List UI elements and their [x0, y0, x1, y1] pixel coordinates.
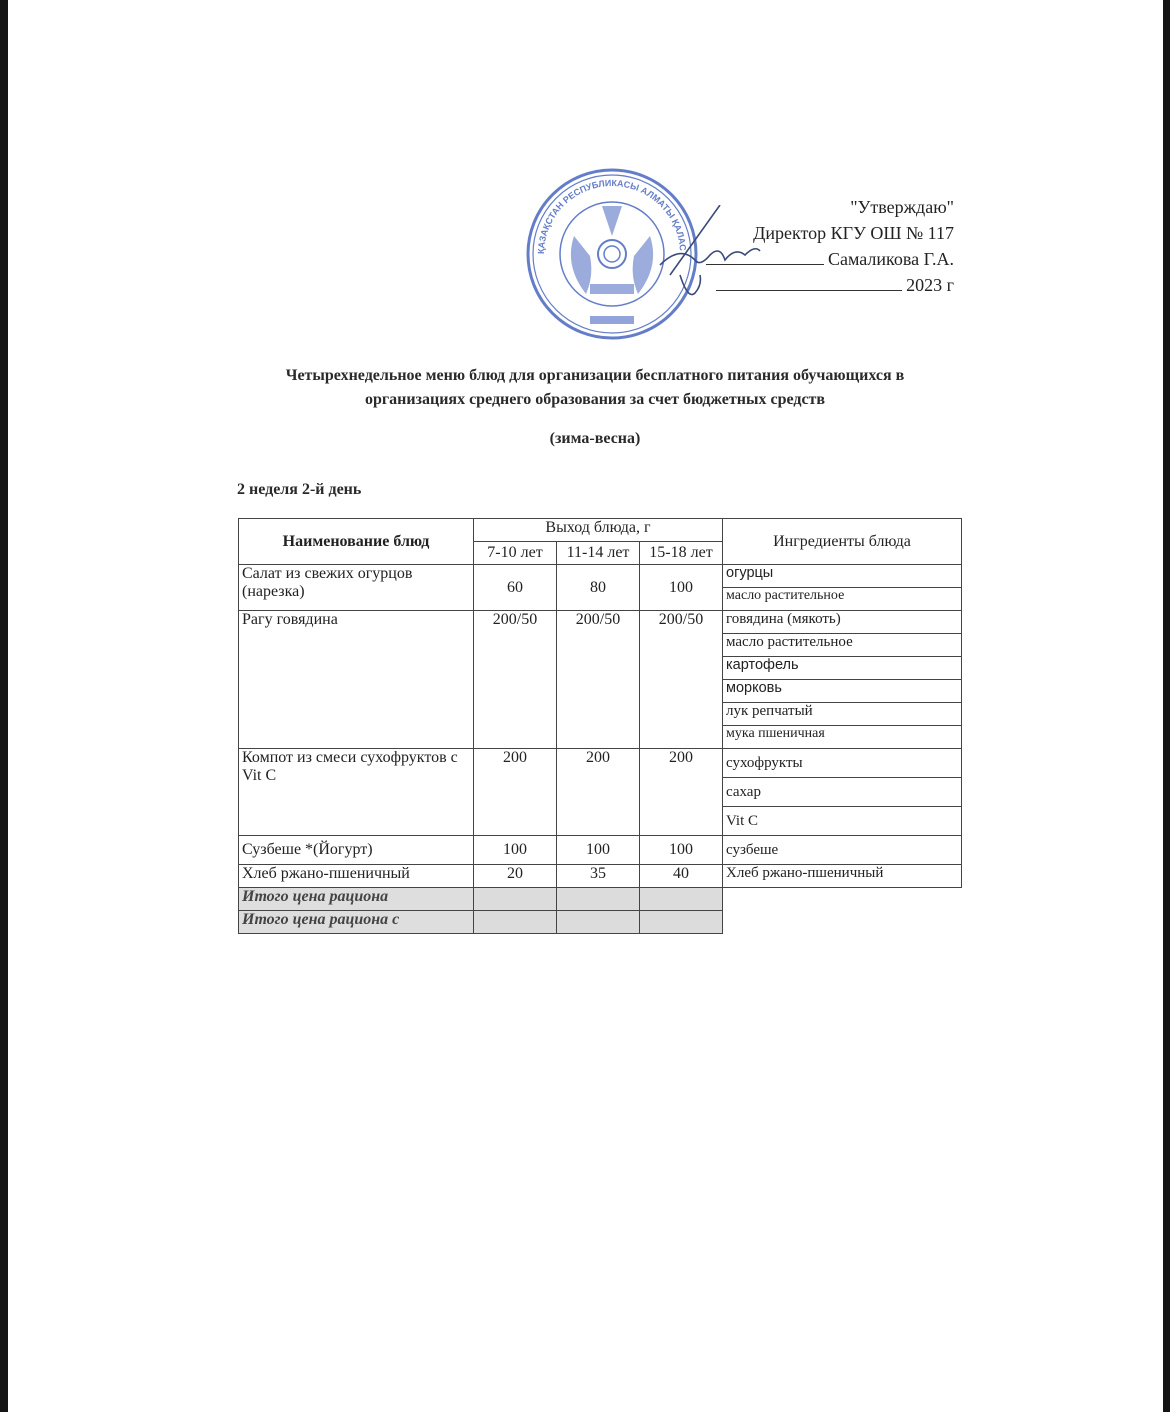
yield-7-10: 20 — [474, 865, 557, 888]
title-line-2: организациях среднего образования за сче… — [230, 388, 960, 412]
ingredient: сахар — [723, 778, 962, 807]
yield-15-18: 200/50 — [640, 611, 723, 749]
menu-table: Наименование блюд Выход блюда, г Ингреди… — [238, 518, 962, 934]
total-15-18 — [640, 888, 723, 911]
total-7-10 — [474, 911, 557, 934]
yield-11-14: 35 — [557, 865, 640, 888]
dish-name: Хлеб ржано-пшеничный — [239, 865, 474, 888]
document-title: Четырехнедельное меню блюд для организац… — [230, 364, 960, 412]
header-yield: Выход блюда, г — [474, 519, 723, 542]
yield-15-18: 40 — [640, 865, 723, 888]
dish-name: Салат из свежих огурцов (нарезка) — [239, 565, 474, 611]
yield-15-18: 100 — [640, 836, 723, 865]
ingredient: лук репчатый — [723, 703, 962, 726]
total-row: Итого цена рациона — [239, 888, 962, 911]
yield-7-10: 200 — [474, 749, 557, 836]
ingredient: Хлеб ржано-пшеничный — [723, 865, 962, 888]
day-label: 2 неделя 2-й день — [237, 481, 361, 499]
date-line — [716, 272, 902, 291]
header-ingredients: Ингредиенты блюда — [723, 519, 962, 565]
approval-date: 2023 г — [906, 275, 954, 295]
ingredient: картофель — [723, 657, 962, 680]
table-row: Компот из смеси сухофруктов с Vit C 200 … — [239, 749, 962, 778]
total-row: Итого цена рациона с — [239, 911, 962, 934]
yield-7-10: 100 — [474, 836, 557, 865]
total-label: Итого цена рациона с — [239, 911, 474, 934]
header-age-7-10: 7-10 лет — [474, 542, 557, 565]
yield-15-18: 200 — [640, 749, 723, 836]
approval-block: "Утверждаю" Директор КГУ ОШ № 117 Самали… — [706, 194, 954, 298]
approval-position: Директор КГУ ОШ № 117 — [706, 220, 954, 246]
total-15-18 — [640, 911, 723, 934]
ingredient: масло растительное — [723, 634, 962, 657]
header-dish-name: Наименование блюд — [239, 519, 474, 565]
ingredient: Vit C — [723, 807, 962, 836]
table-row: Сузбеше *(Йогурт) 100 100 100 сузбеше — [239, 836, 962, 865]
table-row: Салат из свежих огурцов (нарезка) 60 80 … — [239, 565, 962, 588]
table-row: Рагу говядина 200/50 200/50 200/50 говяд… — [239, 611, 962, 634]
header-age-11-14: 11-14 лет — [557, 542, 640, 565]
yield-11-14: 100 — [557, 836, 640, 865]
yield-15-18: 100 — [640, 565, 723, 611]
ingredient: мука пшеничная — [723, 726, 962, 749]
photo-edge-right — [1163, 0, 1170, 1412]
ingredient: говядина (мякоть) — [723, 611, 962, 634]
yield-7-10: 200/50 — [474, 611, 557, 749]
total-7-10 — [474, 888, 557, 911]
yield-11-14: 80 — [557, 565, 640, 611]
dish-name: Рагу говядина — [239, 611, 474, 749]
signature-line — [706, 246, 824, 265]
title-line-1: Четырехнедельное меню блюд для организац… — [230, 364, 960, 388]
total-label: Итого цена рациона — [239, 888, 474, 911]
total-11-14 — [557, 888, 640, 911]
header-age-15-18: 15-18 лет — [640, 542, 723, 565]
ingredient: огурцы — [723, 565, 962, 588]
ingredient: масло растительное — [723, 588, 962, 611]
approval-heading: "Утверждаю" — [706, 194, 954, 220]
approval-name: Самаликова Г.А. — [828, 249, 954, 269]
yield-11-14: 200 — [557, 749, 640, 836]
table-row: Хлеб ржано-пшеничный 20 35 40 Хлеб ржано… — [239, 865, 962, 888]
total-11-14 — [557, 911, 640, 934]
ingredient: морковь — [723, 680, 962, 703]
dish-name: Сузбеше *(Йогурт) — [239, 836, 474, 865]
ingredient: сухофрукты — [723, 749, 962, 778]
photo-edge-left — [0, 0, 8, 1412]
season-label: (зима-весна) — [230, 430, 960, 448]
ingredient: сузбеше — [723, 836, 962, 865]
yield-11-14: 200/50 — [557, 611, 640, 749]
dish-name: Компот из смеси сухофруктов с Vit C — [239, 749, 474, 836]
yield-7-10: 60 — [474, 565, 557, 611]
